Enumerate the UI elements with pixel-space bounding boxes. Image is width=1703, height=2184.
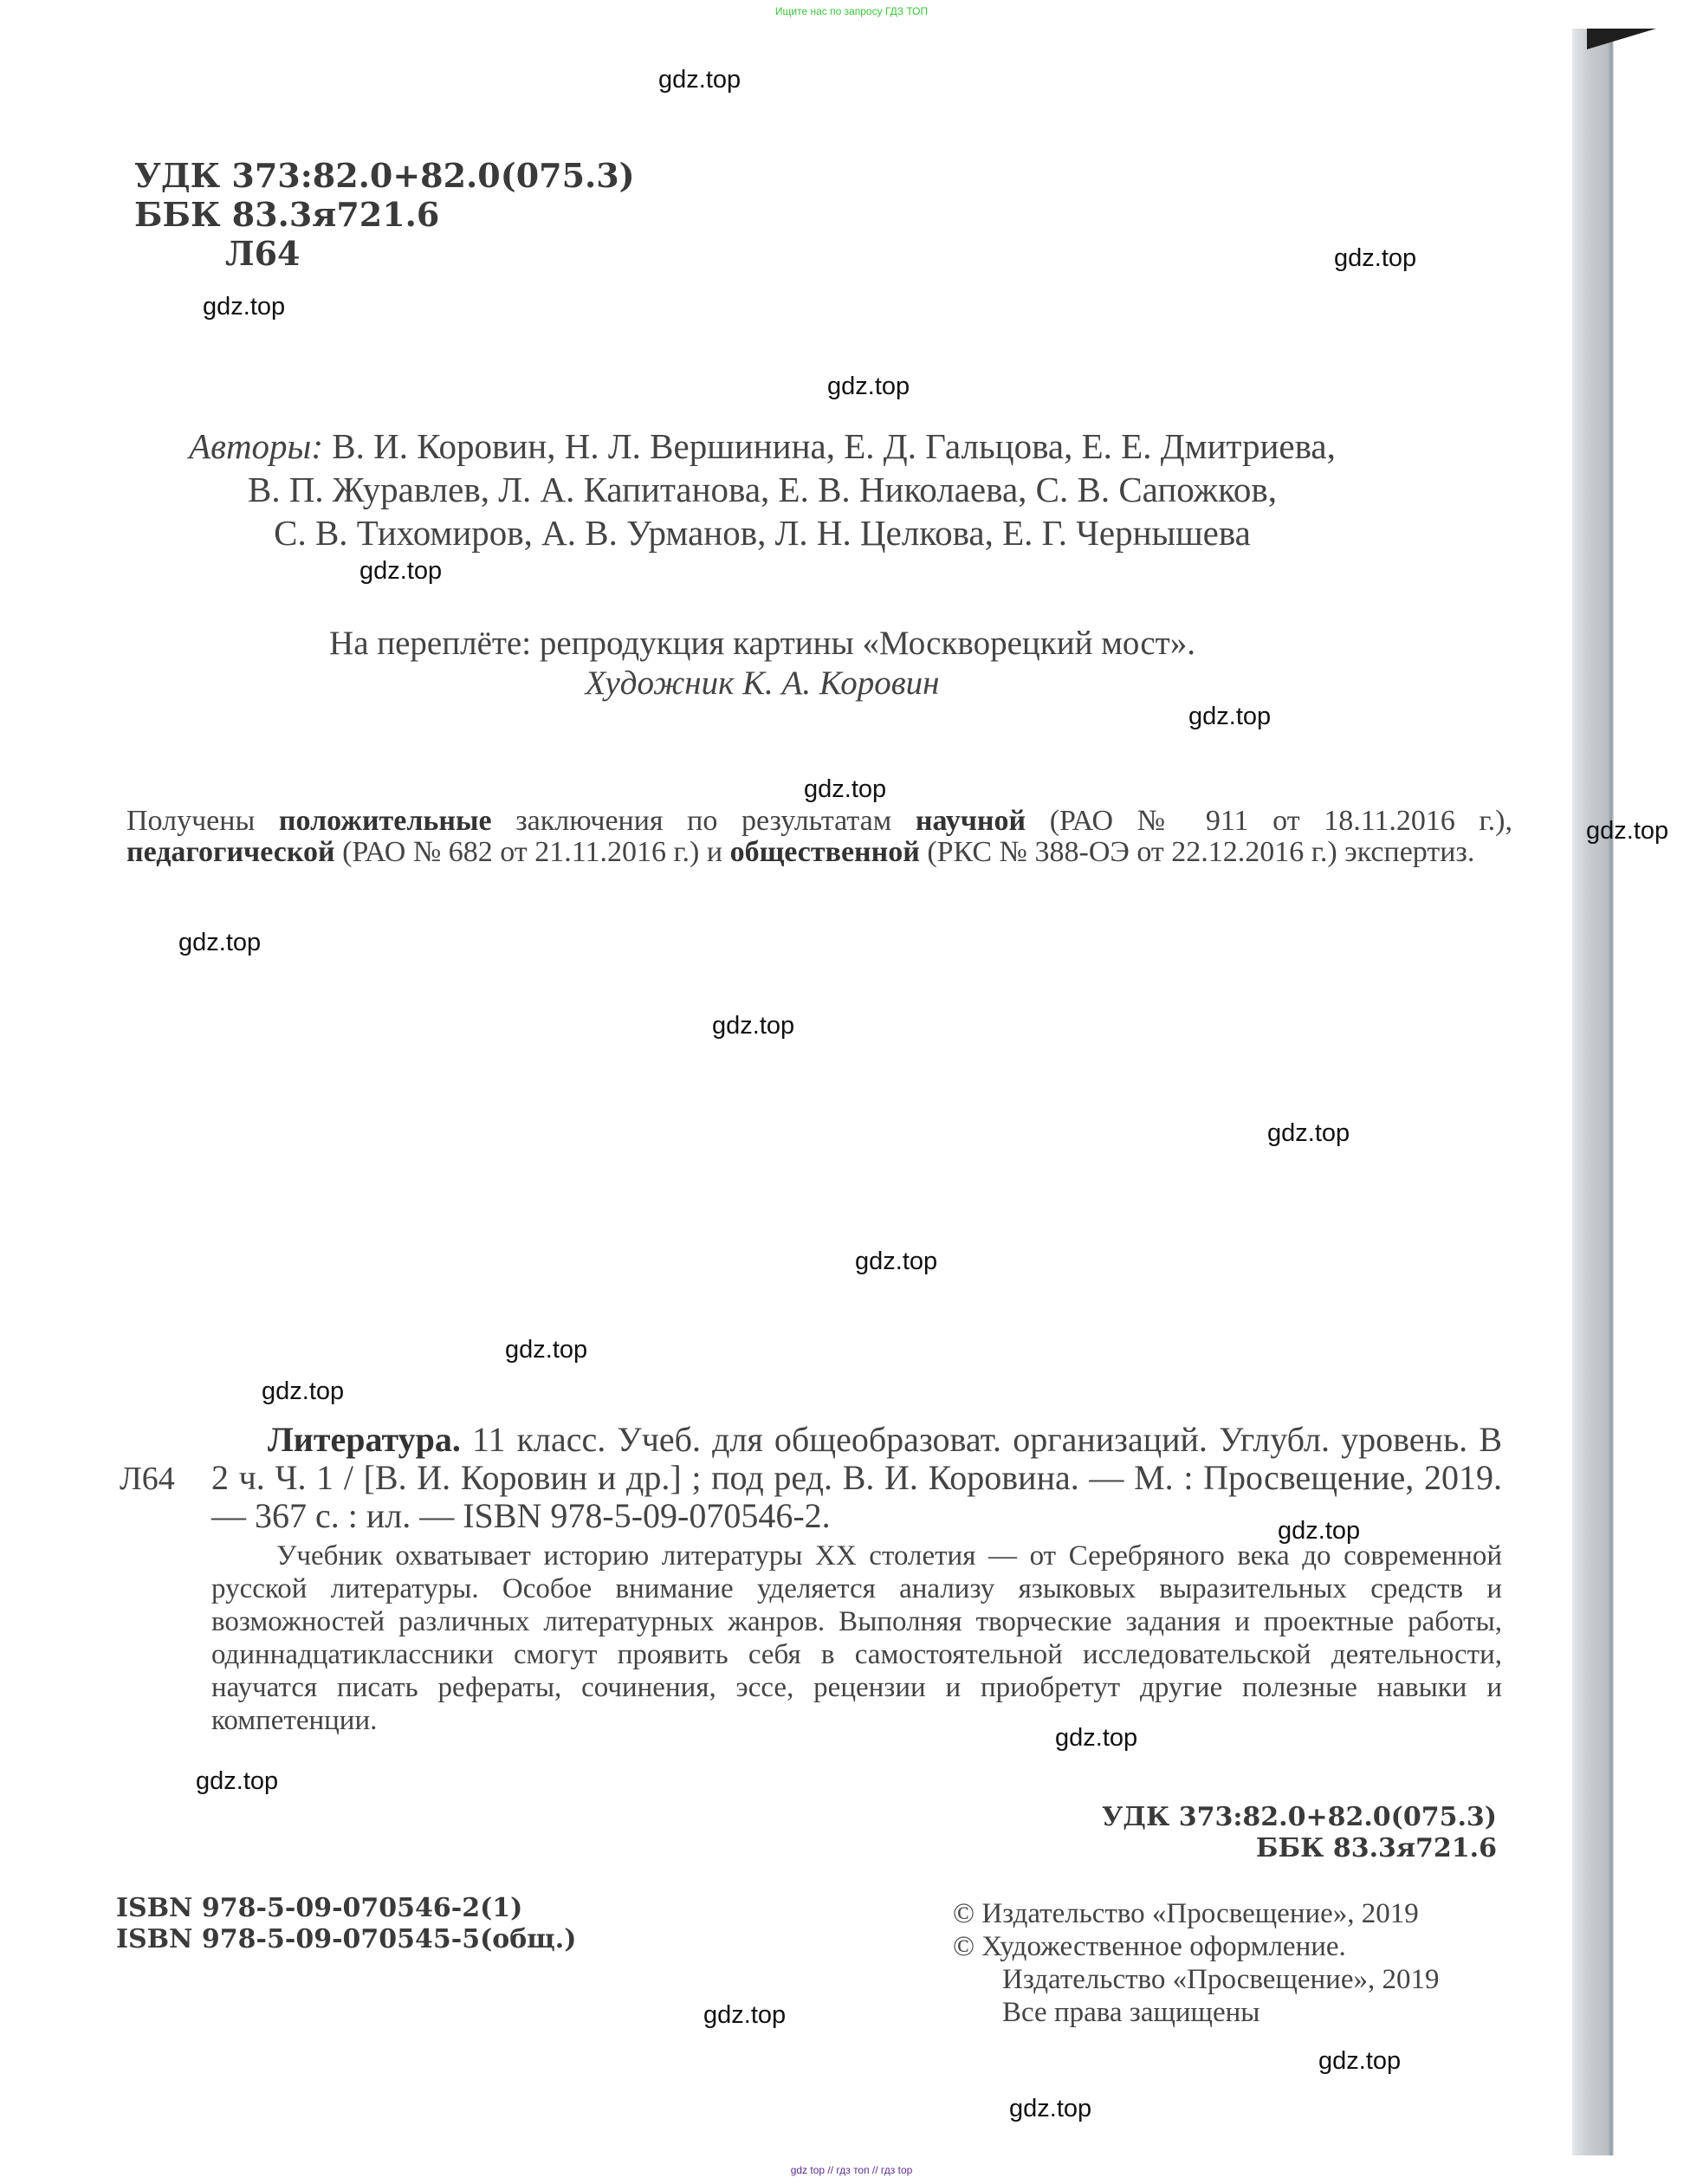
udk-code: УДК 373:82.0+82.0(075.3) bbox=[134, 156, 635, 195]
watermark: gdz.top bbox=[804, 775, 886, 804]
watermark: gdz.top bbox=[1278, 1517, 1360, 1546]
isbn-part: ISBN 978-5-09-070546-2(1) bbox=[116, 1893, 576, 1924]
watermark: gdz.top bbox=[1334, 244, 1416, 273]
copyright-block: © Издательство «Просвещение», 2019 © Худ… bbox=[953, 1897, 1439, 2029]
copyright-line-4: Все права защищены bbox=[953, 1996, 1439, 2029]
udk-code: УДК 373:82.0+82.0(075.3) bbox=[1102, 1802, 1497, 1833]
review-text: (РАО № 911 от 18.11.2016 г.), bbox=[1026, 805, 1512, 837]
watermark: gdz.top bbox=[1586, 817, 1668, 846]
review-bold: педагогической bbox=[126, 836, 335, 868]
watermark: gdz.top bbox=[505, 1336, 587, 1364]
watermark: gdz.top bbox=[359, 557, 442, 586]
copyright-line-1: © Издательство «Просвещение», 2019 bbox=[953, 1897, 1439, 1930]
review-text: Получены bbox=[126, 805, 279, 837]
authors-label: Авторы: bbox=[189, 426, 323, 466]
watermark: gdz.top bbox=[1318, 2047, 1401, 2076]
footer-links[interactable]: gdz top // гдз топ // гдз top bbox=[0, 2164, 1703, 2176]
author-mark: Л64 bbox=[134, 234, 635, 273]
authors-line-1: В. И. Коровин, Н. Л. Вершинина, Е. Д. Га… bbox=[323, 426, 1336, 466]
search-banner[interactable]: Ищите нас по запросу ГДЗ ТОП bbox=[0, 5, 1703, 17]
watermark: gdz.top bbox=[196, 1767, 278, 1796]
isbn-general: ISBN 978-5-09-070545-5(общ.) bbox=[116, 1924, 576, 1955]
watermark: gdz.top bbox=[1188, 703, 1271, 731]
review-bold: положительные bbox=[279, 805, 492, 837]
watermark: gdz.top bbox=[1055, 1724, 1137, 1753]
watermark: gdz.top bbox=[658, 66, 741, 94]
watermark: gdz.top bbox=[1267, 1119, 1350, 1148]
biblio-author-mark: Л64 bbox=[120, 1460, 175, 1498]
watermark: gdz.top bbox=[262, 1377, 344, 1406]
cover-note: На переплёте: репродукция картины «Москв… bbox=[0, 624, 1525, 703]
review-bold: научной bbox=[916, 805, 1026, 837]
bbk-code: ББК 83.3я721.6 bbox=[1102, 1833, 1497, 1864]
watermark: gdz.top bbox=[203, 293, 285, 321]
book-spine-shadow bbox=[1572, 29, 1614, 2155]
classification-codes-bottom: УДК 373:82.0+82.0(075.3) ББК 83.3я721.6 bbox=[1102, 1802, 1497, 1864]
watermark: gdz.top bbox=[1009, 2095, 1091, 2123]
copyright-line-3: Издательство «Просвещение», 2019 bbox=[953, 1963, 1439, 1996]
watermark: gdz.top bbox=[827, 373, 910, 401]
authors-block: Авторы: В. И. Коровин, Н. Л. Вершинина, … bbox=[0, 424, 1525, 554]
review-text: заключения по результатам bbox=[492, 805, 916, 837]
review-text: (РКС № 388-ОЭ от 22.12.2016 г.) эксперти… bbox=[920, 836, 1475, 868]
isbn-block: ISBN 978-5-09-070546-2(1) ISBN 978-5-09-… bbox=[116, 1893, 576, 1955]
classification-codes-top: УДК 373:82.0+82.0(075.3) ББК 83.3я721.6 … bbox=[134, 156, 635, 273]
expert-review-note: Получены положительные заключения по рез… bbox=[126, 806, 1512, 868]
watermark: gdz.top bbox=[712, 1012, 794, 1040]
review-text: (РАО № 682 от 21.11.2016 г.) и bbox=[335, 836, 730, 868]
book-annotation: Учебник охватывает историю литературы XX… bbox=[211, 1539, 1502, 1737]
biblio-title: Литература. bbox=[268, 1420, 461, 1459]
cover-artist: Художник К. А. Коровин bbox=[0, 664, 1525, 703]
cover-reproduction: На переплёте: репродукция картины «Москв… bbox=[0, 624, 1525, 664]
authors-line-2: В. П. Журавлев, Л. А. Капитанова, Е. В. … bbox=[0, 468, 1525, 511]
watermark: gdz.top bbox=[178, 929, 261, 957]
authors-line-3: С. В. Тихомиров, А. В. Урманов, Л. Н. Це… bbox=[0, 511, 1525, 554]
review-bold: общественной bbox=[730, 836, 920, 868]
copyright-line-2: © Художественное оформление. bbox=[953, 1930, 1439, 1963]
book-corner-shape bbox=[1587, 29, 1656, 49]
watermark: gdz.top bbox=[855, 1248, 937, 1276]
bbk-code: ББК 83.3я721.6 bbox=[134, 195, 635, 234]
watermark: gdz.top bbox=[703, 2001, 786, 2030]
